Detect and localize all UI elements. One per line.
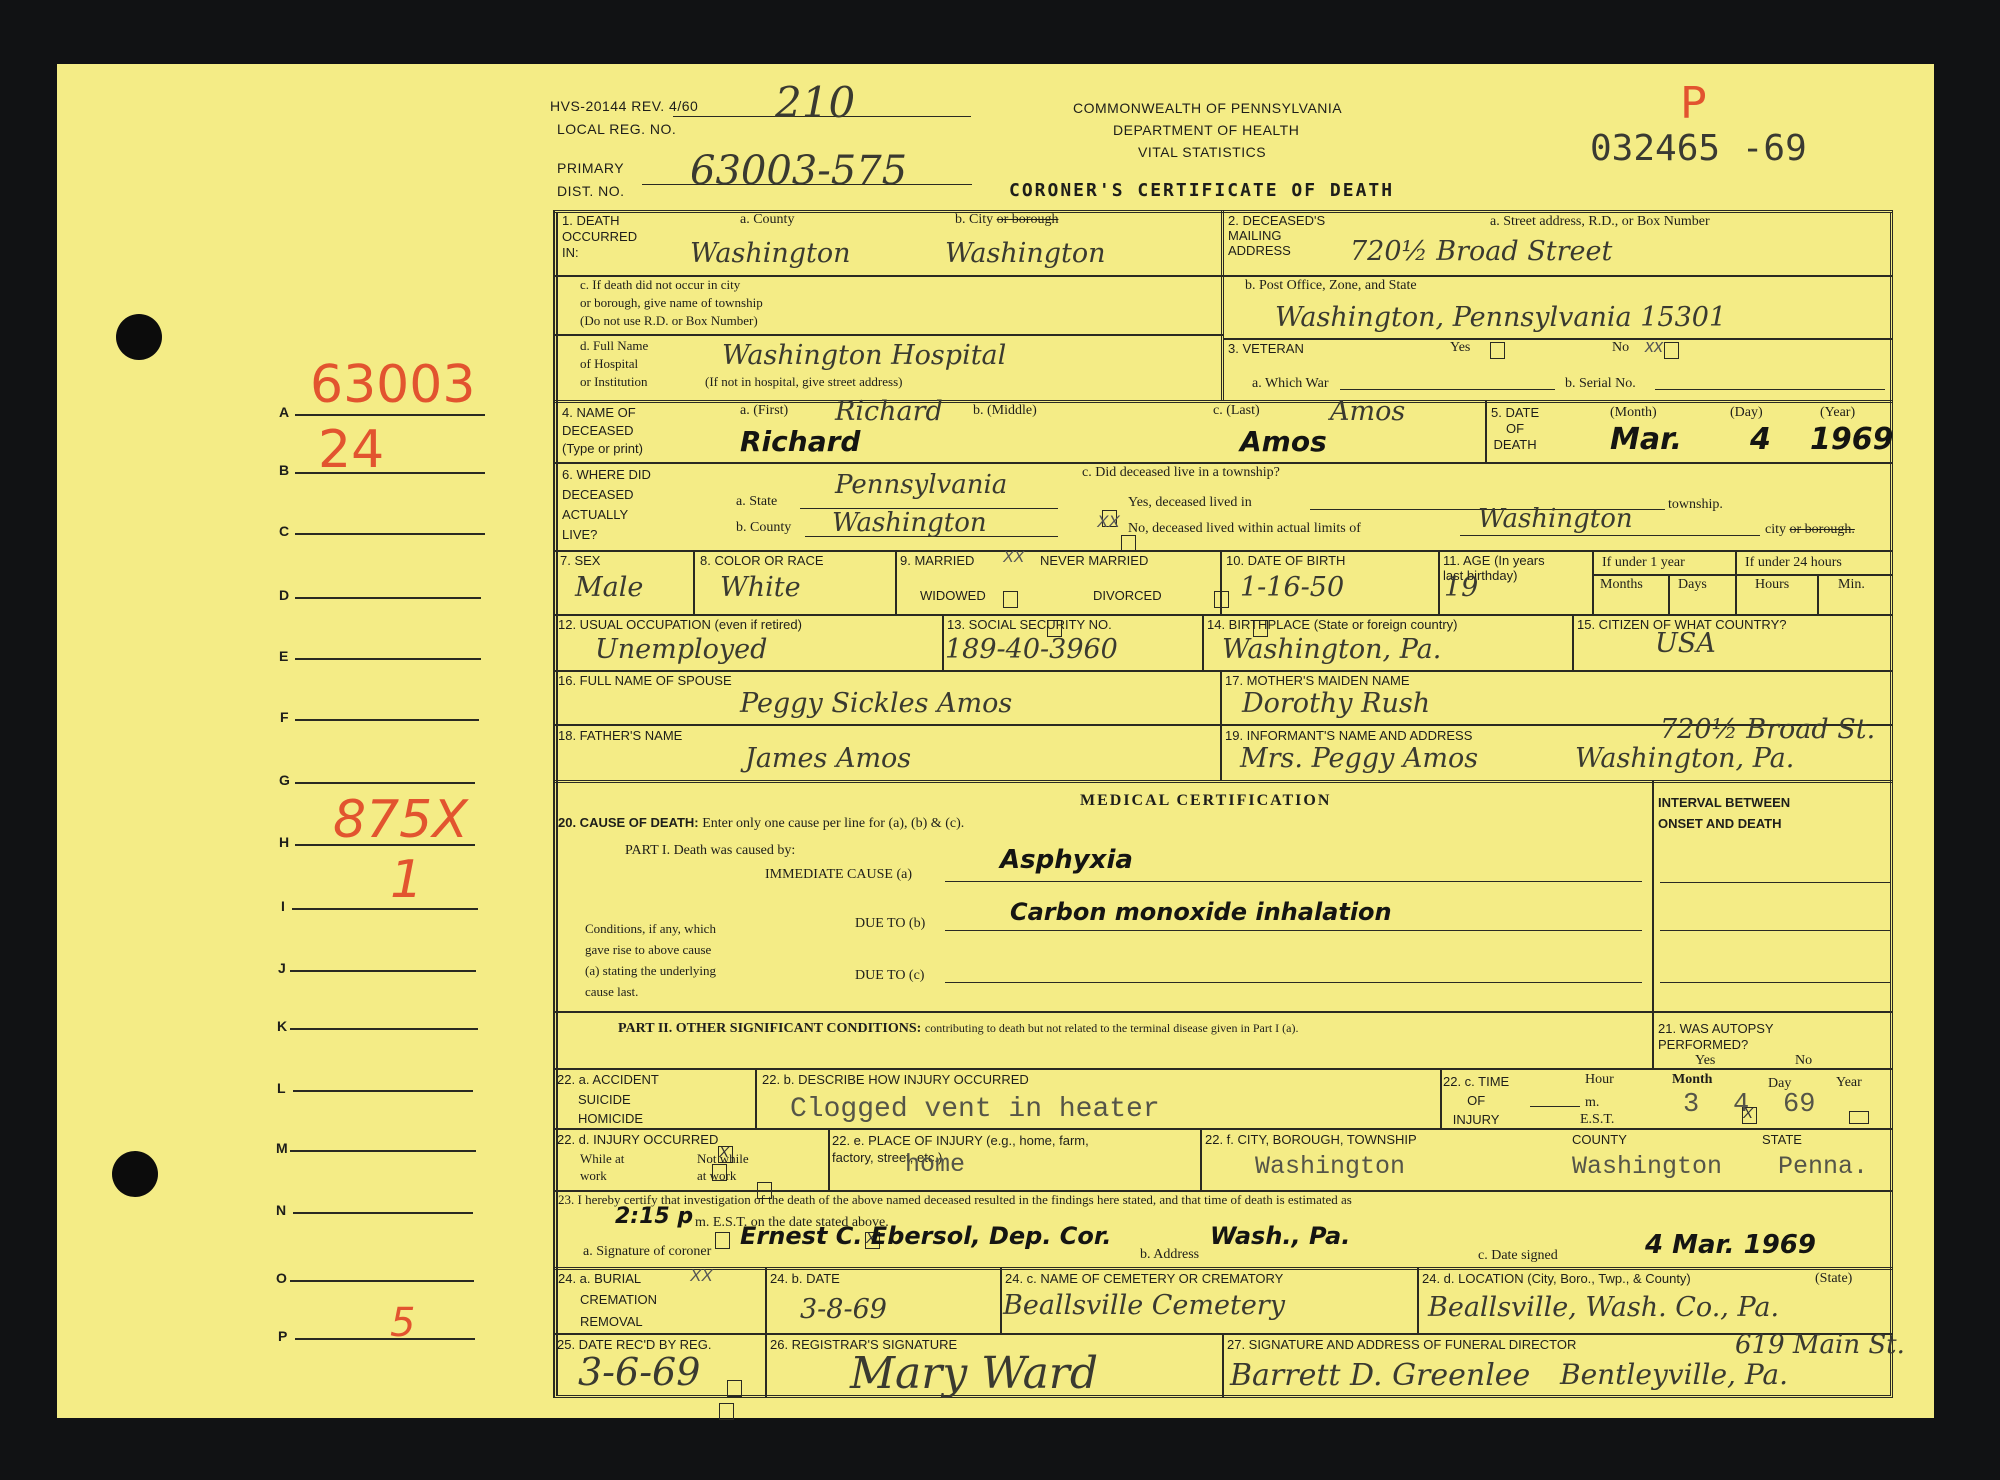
s6-city-suffix: city or borough. [1765,522,1855,538]
rule [555,334,1223,336]
margin-line-c [295,533,485,535]
s22-county-value: Washington [1572,1152,1722,1181]
s16-label: 16. FULL NAME OF SPOUSE [558,673,732,689]
s6-no-checkbox[interactable] [1121,535,1136,552]
s9-married-checkbox[interactable] [1003,591,1018,608]
s13-value: 189-40-3960 [945,634,1118,665]
s21-yes-label: Yes [1695,1053,1715,1069]
red-mark-p: P [1680,78,1707,129]
s24-b-label: 24. b. DATE [770,1271,840,1287]
s21-no-label: No [1795,1053,1812,1069]
s4-last-signed: Amos [1240,425,1327,458]
s27-addr-line1: 619 Main St. [1735,1330,1905,1360]
vrule [1817,574,1819,614]
s11-under-day: If under 24 hours [1745,555,1842,571]
s10-label: 10. DATE OF BIRTH [1226,553,1345,569]
s26-value: Mary Ward [850,1348,1098,1399]
s6-label: 6. WHERE DID DECEASED ACTUALLY LIVE? [562,465,651,545]
s24-removal-checkbox[interactable] [719,1403,734,1420]
vrule [1572,614,1574,670]
rule [555,1267,1893,1270]
vrule [765,1267,767,1333]
margin-letter-m: M [276,1140,288,1156]
s3-serial-label: b. Serial No. [1565,376,1636,392]
s4-last-typed: Amos [1330,396,1405,427]
s22-county-label: COUNTY [1572,1132,1627,1148]
s23-sig-label: a. Signature of coroner [583,1244,711,1260]
margin-line-e [295,658,481,660]
s6-yes-text: Yes, deceased lived in [1128,495,1252,511]
s11-min: Min. [1838,577,1865,593]
s2-post-value: Washington, Pennsylvania 15301 [1275,302,1726,333]
s18-label: 18. FATHER'S NAME [558,728,682,744]
s6-county-value: Washington [832,508,987,538]
s22-month-value: 3 [1683,1090,1699,1120]
s24-d-state: (State) [1815,1271,1852,1287]
s24-b-value: 3-8-69 [800,1294,887,1325]
s22-d-label: 22. d. INJURY OCCURRED [557,1132,718,1148]
s4-first-typed: Richard [835,396,943,427]
s22-while-at-work-checkbox[interactable] [715,1232,730,1249]
s22-c-label: 22. c. TIME OF INJURY [1443,1072,1509,1129]
rule [1592,574,1893,576]
s1-city-value: Washington [945,238,1106,269]
s1-hospital-note: (If not in hospital, give street address… [705,374,902,390]
margin-letter-j: J [278,960,286,976]
vrule [1202,614,1204,670]
form-code: HVS-20144 REV. 4/60 [550,98,698,114]
s24-removal-label: REMOVAL [580,1314,643,1330]
s22-homicide-label: HOMICIDE [578,1111,643,1127]
s12-label: 12. USUAL OCCUPATION (even if retired) [558,617,802,633]
interval-label: INTERVAL BETWEEN ONSET AND DEATH [1658,792,1790,834]
s4-middle-label: b. (Middle) [973,403,1037,419]
s6-township-suffix: township. [1668,497,1723,513]
s6-city-strike: or borough. [1790,522,1855,537]
s22-suicide-label: SUICIDE [578,1092,631,1108]
margin-letter-p: P [278,1328,287,1344]
s6-limits-value: Washington [1478,504,1633,534]
s21-no-checkbox[interactable] [1849,1111,1869,1124]
s6-state-label: a. State [736,494,777,510]
s17-label: 17. MOTHER'S MAIDEN NAME [1225,673,1410,689]
s8-label: 8. COLOR OR RACE [700,553,824,569]
margin-line-k [290,1028,478,1030]
margin-value-p: 5 [390,1300,415,1346]
s14-value: Washington, Pa. [1222,634,1441,665]
s23-addr-value: Wash., Pa. [1210,1222,1350,1250]
s3-yes-checkbox[interactable] [1490,342,1505,359]
s10-value: 1-16-50 [1240,572,1344,603]
margin-line-i [292,908,478,910]
s24-cremation-label: CREMATION [580,1292,657,1308]
s22-state-value: Penna. [1778,1152,1868,1181]
s7-label: 7. SEX [560,553,600,569]
margin-line-m [290,1150,476,1152]
rule [555,1333,1893,1335]
section-6-residence: 6. WHERE DID DECEASED ACTUALLY LIVE? a. … [0,18,2000,36]
rule [555,614,1893,616]
s19-addr-line1: 720½ Broad St. [1660,714,1875,745]
s2-street-label: a. Street address, R.D., or Box Number [1490,214,1710,230]
s2-label: 2. DECEASED'S MAILING ADDRESS [1228,213,1325,258]
s22-year-value: 69 [1783,1090,1815,1120]
s27-addr-line2: Bentleyville, Pa. [1560,1358,1788,1391]
s21-label: 21. WAS AUTOPSY PERFORMED? [1658,1021,1774,1053]
margin-line-n [293,1212,473,1214]
s22-f-value: Washington [1255,1152,1405,1181]
s5-day-value: 4 [1750,422,1771,457]
part1-label: PART I. Death was caused by: [625,843,795,859]
s22-accident-label: 22. a. ACCIDENT [557,1072,659,1088]
s5-year-label: (Year) [1820,405,1855,421]
s22-hour-line [1530,1106,1580,1107]
s22-hour-label: Hour [1585,1072,1614,1088]
s16-value: Peggy Sickles Amos [740,688,1012,719]
rule [1223,338,1893,340]
margin-letter-d: D [279,587,289,603]
margin-value-i: 1 [390,850,423,910]
part2-instr: contributing to death but not related to… [925,1021,1299,1035]
s12-value: Unemployed [595,634,767,665]
s6-no-text: No, deceased lived within actual limits … [1128,521,1361,537]
vrule [942,614,944,670]
vrule [1592,550,1594,614]
vrule [1668,574,1670,614]
s24-burial-mark: XX [690,1266,713,1286]
margin-letter-l: L [277,1080,286,1096]
s3-serial-line [1655,389,1885,390]
immediate-value: Asphyxia [1000,845,1133,875]
margin-line-f [295,719,479,721]
s3-yes-label: Yes [1450,340,1470,356]
margin-line-d [295,597,481,599]
agency-line-2: DEPARTMENT OF HEALTH [1113,122,1299,138]
rule [555,462,1893,464]
s22-b-label: 22. b. DESCRIBE HOW INJURY OCCURRED [762,1072,1029,1088]
vrule [755,1068,757,1128]
s5-year-value: 1969 [1810,422,1894,457]
s9-widowed-label: WIDOWED [920,588,986,604]
dist-label: DIST. NO. [557,183,625,199]
s24-c-value: Beallsville Cemetery [1003,1290,1285,1321]
vrule [895,550,897,614]
s4-last-label: c. (Last) [1213,403,1260,419]
margin-line-j [290,970,476,972]
margin-value-h: 875X [333,790,468,850]
s22-d-while: While at work [580,1150,624,1184]
s18-value: James Amos [745,743,911,774]
s22-b-value: Clogged vent in heater [790,1094,1160,1125]
s11-value: 19 [1444,572,1478,603]
margin-value-a: 63003 [310,355,475,415]
s22-month-label: Month [1672,1072,1712,1088]
s5-month-value: Mar. [1610,422,1682,457]
s6-no-mark: XX [1097,512,1120,532]
s3-label: 3. VETERAN [1228,341,1304,357]
s1-county-value: Washington [690,238,851,269]
s22-e-value: home [905,1150,965,1179]
vrule [1000,1267,1002,1333]
margin-letter-g: G [279,772,290,788]
s1-city-label: b. City or borough [955,212,1058,228]
margin-letter-h: H [279,834,289,850]
s17-value: Dorothy Rush [1242,688,1430,719]
s3-no-mark: xx [1645,336,1663,357]
form-title: CORONER'S CERTIFICATE OF DEATH [1009,180,1394,201]
s2-street-value: 720½ Broad Street [1350,236,1612,267]
agency-line-1: COMMONWEALTH OF PENNSYLVANIA [1073,100,1342,116]
local-reg-label: LOCAL REG. NO. [557,121,676,137]
cause-instr: Enter only one cause per line for (a), (… [702,816,964,831]
s19-label: 19. INFORMANT'S NAME AND ADDRESS [1225,728,1472,744]
s24-d-value: Beallsville, Wash. Co., Pa. [1428,1292,1779,1323]
primary-label: PRIMARY [557,160,624,176]
part2-header: PART II. OTHER SIGNIFICANT CONDITIONS: c… [618,1020,1298,1037]
s6-state-value: Pennsylvania [835,470,1007,500]
margin-letter-o: O [276,1270,287,1286]
s23-addr-label: b. Address [1140,1247,1199,1263]
s6-limits-line [1460,535,1760,536]
vrule [1485,400,1487,462]
s9-never-label: NEVER MARRIED [1040,553,1148,569]
s23-date-value: 4 Mar. 1969 [1645,1230,1816,1260]
s8-value: White [720,572,801,603]
immediate-line [945,881,1642,882]
s1-city-label-text: b. City [955,212,993,227]
vrule [1735,550,1737,614]
s11-hours: Hours [1755,577,1789,593]
rule [555,1128,1893,1130]
s24-cremation-checkbox[interactable] [727,1380,742,1397]
s27-sig-value: Barrett D. Greenlee [1230,1358,1530,1393]
medical-title: MEDICAL CERTIFICATION [1080,792,1331,810]
margin-value-b: 24 [318,420,384,480]
s22-m-label: m. [1585,1095,1599,1111]
s22-est-label: E.S.T. [1580,1112,1614,1128]
part2-label: PART II. OTHER SIGNIFICANT CONDITIONS: [618,1021,921,1036]
rule [555,670,1893,672]
margin-line-l [293,1090,473,1092]
s6-township-question: c. Did deceased live in a township? [1082,465,1280,481]
s24-d-label: 24. d. LOCATION (City, Boro., Twp., & Co… [1422,1271,1691,1287]
vrule [1417,1267,1419,1333]
margin-letter-i: I [281,898,285,914]
section-7-11-personal: 7. SEX Male 8. COLOR OR RACE White 9. MA… [0,36,2000,54]
due-b-value: Carbon monoxide inhalation [1010,898,1392,926]
vrule [1221,210,1224,400]
rule [555,550,1893,552]
punch-hole-top [116,314,162,360]
s23-sig-value: Ernest C. Ebersol, Dep. Cor. [740,1222,1111,1250]
s22-f-label: 22. f. CITY, BOROUGH, TOWNSHIP [1205,1132,1417,1148]
due-b-line [945,930,1642,931]
s11-under-year: If under 1 year [1602,555,1685,571]
margin-letter-e: E [279,648,288,664]
s9-married-label: 9. MARRIED [900,553,974,569]
margin-letter-b: B [279,462,289,478]
s9-married-mark: XX [1003,549,1024,567]
dist-value: 63003-575 [690,148,907,194]
margin-letter-k: K [277,1018,287,1034]
agency-line-3: VITAL STATISTICS [1138,144,1266,160]
s27-label: 27. SIGNATURE AND ADDRESS OF FUNERAL DIR… [1227,1337,1576,1353]
s19-addr-line2: Washington, Pa. [1575,743,1794,774]
margin-letter-c: C [279,523,289,539]
s22-d-not: Not while at work [697,1150,749,1184]
s1-hospital-label: d. Full Name of Hospital or Institution [580,337,648,391]
rule [555,1011,1893,1013]
interval-line-b [1660,930,1890,931]
vrule [1440,1068,1442,1128]
rule [1223,275,1893,277]
s23-date-label: c. Date signed [1478,1248,1558,1264]
cause-label: 20. CAUSE OF DEATH: [558,815,699,830]
s9-never-checkbox[interactable] [1214,591,1229,608]
s23-time-value: 2:15 p [615,1204,693,1229]
margin-line-o [290,1280,474,1282]
state-file-number: 032465 -69 [1590,128,1807,169]
s19-name-value: Mrs. Peggy Amos [1240,743,1478,774]
margin-line-p [295,1338,475,1340]
interval-line-a [1660,882,1890,883]
s11-months: Months [1600,577,1643,593]
margin-letter-f: F [280,709,289,725]
s6-city-text: city [1765,522,1786,537]
s9-divorced-label: DIVORCED [1093,588,1162,604]
margin-letter-n: N [276,1202,286,1218]
s1-township-label: c. If death did not occur in city or bor… [580,276,763,330]
s2-post-label: b. Post Office, Zone, and State [1245,278,1417,294]
due-b-label: DUE TO (b) [855,916,925,932]
interval-line-c [1660,982,1890,983]
s4-label: 4. NAME OF DECEASED (Type or print) [562,404,643,458]
due-c-line [945,982,1642,983]
due-c-label: DUE TO (c) [855,968,924,984]
s1-hospital-value: Washington Hospital [722,340,1006,371]
section-3-veteran: 3. VETERAN Yes No xx a. Which War b. Ser… [0,0,2000,18]
s5-label: 5. DATE OF DEATH [1491,405,1539,453]
s1-label: 1. DEATH OCCURRED IN: [562,213,637,261]
vrule [828,1128,830,1190]
s22-day-value: 4 [1733,1090,1749,1120]
s15-value: USA [1655,628,1716,659]
s24-c-label: 24. c. NAME OF CEMETERY OR CREMATORY [1005,1271,1283,1287]
s3-no-checkbox[interactable] [1664,342,1679,359]
s13-label: 13. SOCIAL SECURITY NO. [947,617,1112,633]
s4-first-label: a. (First) [740,403,788,419]
s1-city-strike: or borough [997,212,1059,227]
conditions-note: Conditions, if any, which gave rise to a… [585,918,716,1002]
vrule [1222,1333,1224,1398]
vrule [1438,550,1440,614]
s6-county-label: b. County [736,520,791,536]
vrule [1652,780,1654,1068]
s5-month-label: (Month) [1610,405,1657,421]
s3-war-line [1340,389,1555,390]
vrule [693,550,695,614]
s4-first-signed: Richard [740,425,860,458]
s3-no-label: No [1612,340,1629,356]
margin-line-g [295,782,475,784]
punch-hole-bottom [112,1151,158,1197]
s7-value: Male [575,572,643,603]
rule [555,780,1893,783]
margin-letter-a: A [279,404,289,420]
cause-header: 20. CAUSE OF DEATH: Enter only one cause… [558,815,964,832]
vrule [1200,1128,1202,1190]
s3-war-label: a. Which War [1252,376,1329,392]
s5-day-label: (Day) [1730,405,1763,421]
s1-county-label: a. County [740,212,794,228]
s11-days: Days [1678,577,1707,593]
s22-year-label: Year [1836,1075,1862,1091]
s25-value: 3-6-69 [578,1350,700,1394]
local-reg-value: 210 [775,78,855,127]
vrule [1220,670,1222,780]
s24-burial-label: 24. a. BURIAL [558,1271,641,1287]
s14-label: 14. BIRTHPLACE (State or foreign country… [1207,617,1457,633]
s22-state-label: STATE [1762,1132,1802,1148]
vrule [765,1333,767,1398]
immediate-label: IMMEDIATE CAUSE (a) [765,867,912,883]
